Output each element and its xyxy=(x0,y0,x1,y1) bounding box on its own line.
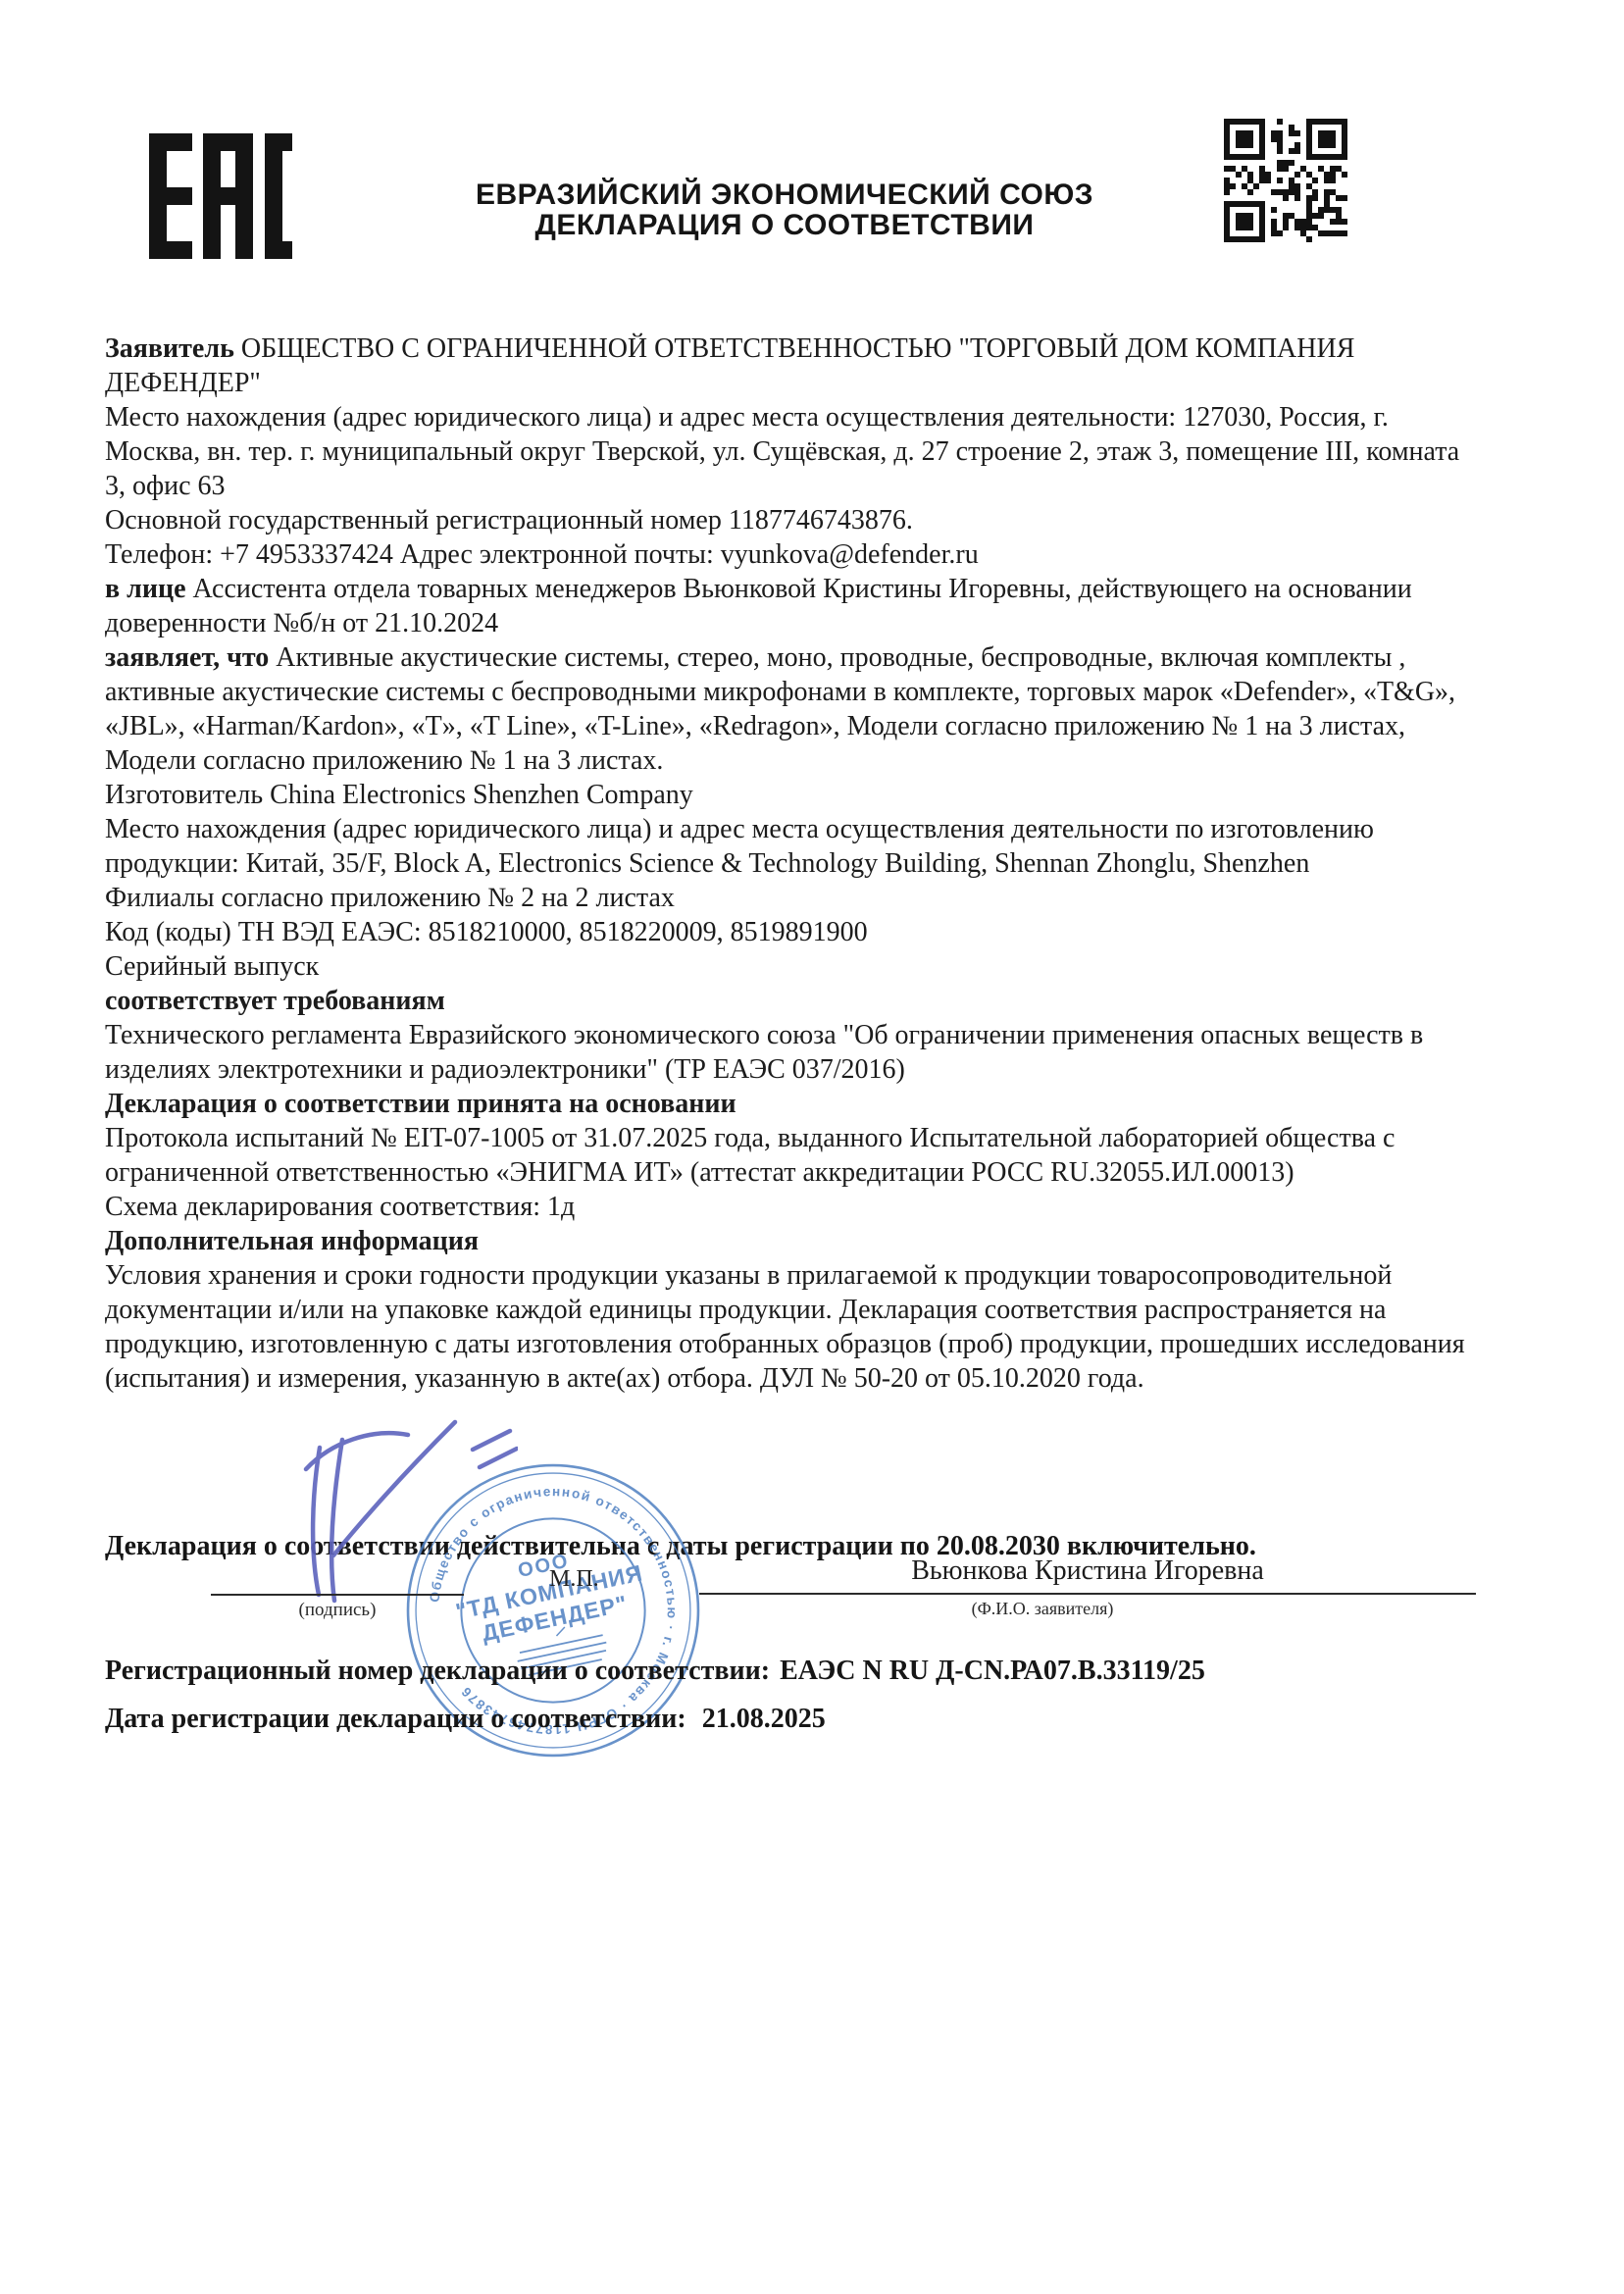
declaration-body: Заявитель ОБЩЕСТВО С ОГРАНИЧЕННОЙ ОТВЕТС… xyxy=(105,331,1480,1396)
eac-logo-icon xyxy=(149,133,292,259)
body-paragraph: Место нахождения (адрес юридического лиц… xyxy=(105,812,1480,881)
registration-date-row: Дата регистрации декларации о соответств… xyxy=(105,1704,1507,1735)
body-paragraph: Заявитель ОБЩЕСТВО С ОГРАНИЧЕННОЙ ОТВЕТС… xyxy=(105,331,1480,400)
applicant-name: Вьюнкова Кристина Игоревна xyxy=(699,1555,1476,1587)
qr-code xyxy=(1224,119,1347,242)
document-title: ЕВРАЗИЙСКИЙ ЭКОНОМИЧЕСКИЙ СОЮЗ ДЕКЛАРАЦИ… xyxy=(382,179,1187,240)
body-paragraph: Серийный выпуск xyxy=(105,949,1480,984)
body-paragraph: Изготовитель China Electronics Shenzhen … xyxy=(105,778,1480,812)
title-declaration: ДЕКЛАРАЦИЯ О СООТВЕТСТВИИ xyxy=(382,210,1187,240)
stamp-place-label: М.П. xyxy=(549,1566,599,1593)
body-paragraph: Условия хранения и сроки годности продук… xyxy=(105,1258,1480,1396)
body-paragraph: Декларация о соответствии принята на осн… xyxy=(105,1087,1480,1121)
signature-line xyxy=(211,1594,464,1596)
body-paragraph: Дополнительная информация xyxy=(105,1224,1480,1258)
signature-icon xyxy=(263,1408,518,1609)
applicant-name-line xyxy=(699,1593,1476,1595)
registration-date-value: 21.08.2025 xyxy=(702,1704,826,1734)
body-paragraph: в лице Ассистента отдела товарных менедж… xyxy=(105,572,1480,640)
registration-number-value: ЕАЭС N RU Д-CN.РА07.В.33119/25 xyxy=(780,1656,1205,1686)
eac-logo xyxy=(149,133,292,264)
title-union: ЕВРАЗИЙСКИЙ ЭКОНОМИЧЕСКИЙ СОЮЗ xyxy=(382,179,1187,210)
registration-number-row: Регистрационный номер декларации о соотв… xyxy=(105,1656,1507,1687)
body-paragraph: Код (коды) ТН ВЭД ЕАЭС: 8518210000, 8518… xyxy=(105,915,1480,949)
declaration-document: ЕВРАЗИЙСКИЙ ЭКОНОМИЧЕСКИЙ СОЮЗ ДЕКЛАРАЦИ… xyxy=(0,0,1624,2294)
body-paragraph: соответствует требованиям xyxy=(105,984,1480,1018)
body-paragraph: Филиалы согласно приложению № 2 на 2 лис… xyxy=(105,881,1480,915)
qr-code-icon xyxy=(1224,119,1347,242)
body-paragraph: Основной государственный регистрационный… xyxy=(105,503,1480,537)
applicant-name-caption: (Ф.И.О. заявителя) xyxy=(699,1599,1386,1619)
body-paragraph: Место нахождения (адрес юридического лиц… xyxy=(105,400,1480,503)
signature-scribble xyxy=(263,1408,518,1609)
signature-caption: (подпись) xyxy=(211,1600,464,1621)
body-paragraph: Телефон: +7 4953337424 Адрес электронной… xyxy=(105,537,1480,572)
registration-number-label: Регистрационный номер декларации о соотв… xyxy=(105,1656,770,1686)
body-paragraph: Схема декларирования соответствия: 1д xyxy=(105,1190,1480,1224)
registration-date-label: Дата регистрации декларации о соответств… xyxy=(105,1704,686,1734)
body-paragraph: Протокола испытаний № EIT-07-1005 от 31.… xyxy=(105,1121,1480,1190)
body-paragraph: заявляет, что Активные акустические сист… xyxy=(105,640,1480,778)
body-paragraph: Технического регламента Евразийского эко… xyxy=(105,1018,1480,1087)
